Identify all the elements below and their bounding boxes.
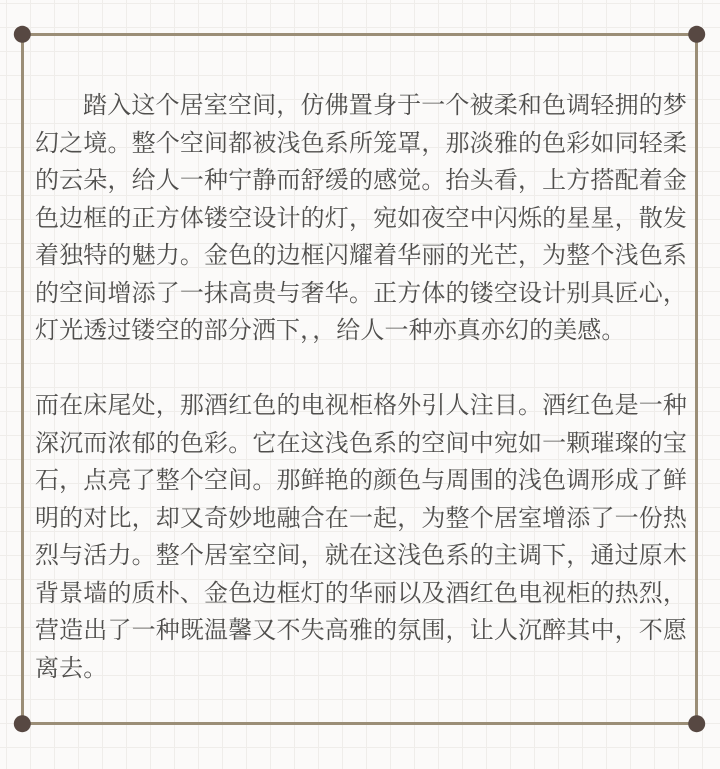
paragraphs: 踏入这个居室空间，仿佛置身于一个被柔和色调轻拥的梦幻之境。整个空间都被浅色系所笼… [35,87,687,687]
corner-dot-bottom-left [14,715,31,732]
corner-dot-top-right [688,26,705,43]
paragraph: 而在床尾处，那酒红色的电视柜格外引人注目。酒红色是一种深沉而浓郁的色彩。它在这浅… [35,387,687,687]
note-page: 踏入这个居室空间，仿佛置身于一个被柔和色调轻拥的梦幻之境。整个空间都被浅色系所笼… [0,0,720,769]
corner-dot-bottom-right [688,715,705,732]
note-body: 踏入这个居室空间，仿佛置身于一个被柔和色调轻拥的梦幻之境。整个空间都被浅色系所笼… [35,87,687,687]
paragraph: 踏入这个居室空间，仿佛置身于一个被柔和色调轻拥的梦幻之境。整个空间都被浅色系所笼… [35,87,687,350]
corner-dot-top-left [14,26,31,43]
